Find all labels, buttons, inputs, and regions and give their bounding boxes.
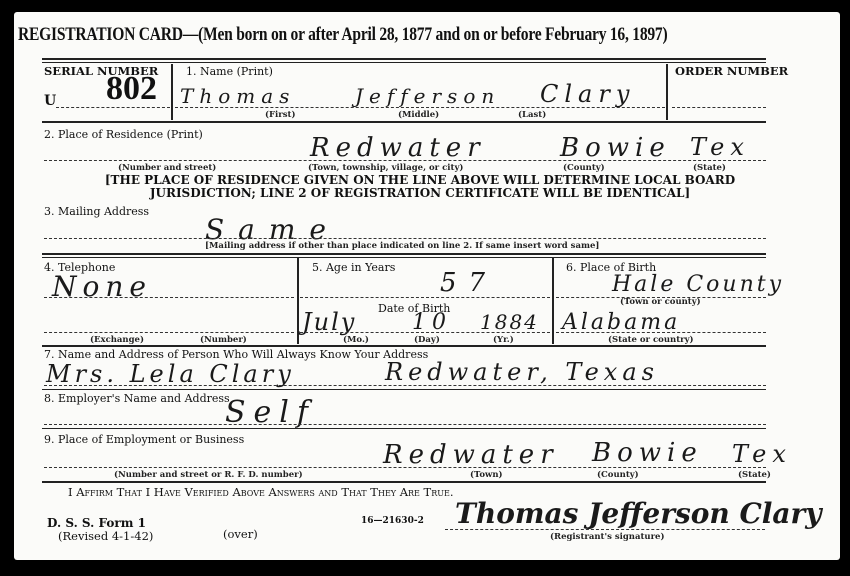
row3-rule-2 — [42, 257, 766, 258]
form-revised: (Revised 4-1-42) — [58, 529, 153, 543]
dob-year: 1884 — [480, 310, 539, 334]
name-line — [175, 107, 665, 108]
employment-place-label: 9. Place of Employment or Business — [44, 433, 244, 446]
contact-line — [44, 385, 766, 386]
caption-year: (Yr.) — [493, 335, 514, 345]
caption-number: (Number) — [200, 335, 247, 345]
caption-exchange: (Exchange) — [90, 335, 144, 345]
signature-caption: (Registrant's signature) — [550, 532, 664, 542]
birthplace-town: Hale County — [612, 272, 784, 297]
employment-state: Tex — [732, 440, 792, 468]
telephone-value: None — [52, 270, 152, 303]
registrant-signature: Thomas Jefferson Clary — [455, 497, 822, 530]
caption-emp-state: (State) — [738, 470, 771, 480]
caption-rfd: (Number and street or R. F. D. number) — [114, 470, 303, 480]
birthplace-line-2 — [556, 332, 766, 333]
caption-day: (Day) — [414, 335, 440, 345]
contact-person-address: Redwater, Texas — [385, 358, 659, 386]
residence-line — [44, 160, 766, 161]
row1-rule — [42, 121, 766, 123]
residence-town: Redwater — [310, 133, 486, 163]
mailing-line — [44, 238, 766, 239]
mailing-caption: [Mailing address if other than place ind… — [205, 241, 599, 251]
employment-county: Bowie — [592, 438, 703, 468]
caption-last: (Last) — [518, 110, 546, 120]
caption-middle: (Middle) — [398, 110, 439, 120]
order-number-field — [672, 107, 766, 108]
affirmation-text: I Affirm That I Have Verified Above Answ… — [68, 485, 453, 499]
print-code: 16—21630-2 — [361, 516, 424, 526]
caption-state: (State) — [693, 163, 726, 173]
row3-rule — [42, 253, 766, 255]
serial-divider — [171, 64, 173, 120]
name-first: Thomas — [180, 84, 295, 108]
telephone-line-2 — [44, 332, 294, 333]
employer-label: 8. Employer's Name and Address — [44, 392, 230, 405]
telephone-line-1 — [44, 297, 294, 298]
order-divider — [666, 64, 668, 120]
caption-emp-county: (County) — [597, 470, 639, 480]
caption-first: (First) — [265, 110, 296, 120]
caption-birth-state: (State or country) — [608, 335, 694, 345]
serial-line — [56, 107, 170, 108]
title-rule — [42, 58, 766, 60]
mailing-address-label: 3. Mailing Address — [44, 205, 149, 218]
caption-town: (Town, township, village, or city) — [308, 163, 463, 173]
residence-state: Tex — [690, 133, 750, 161]
residence-label: 2. Place of Residence (Print) — [44, 128, 203, 141]
serial-prefix: U — [44, 93, 56, 109]
age-divider — [552, 258, 554, 344]
serial-number-value: 802 — [106, 70, 157, 108]
row7-rule — [42, 389, 766, 390]
caption-birth-town: (Town or county) — [620, 297, 701, 307]
contact-person-name: Mrs. Lela Clary — [46, 360, 295, 388]
caption-county: (County) — [563, 163, 605, 173]
row8-rule — [42, 428, 766, 429]
row4-rule — [42, 345, 766, 347]
name-label: 1. Name (Print) — [186, 65, 273, 78]
name-last: Clary — [540, 80, 635, 108]
signature-line — [445, 529, 765, 530]
employer-line — [44, 424, 766, 425]
age-value: 57 — [440, 268, 497, 298]
employment-town: Redwater — [383, 440, 559, 470]
caption-month: (Mo.) — [343, 335, 369, 345]
over-note: (over) — [223, 527, 258, 541]
caption-street: (Number and street) — [118, 163, 216, 173]
age-label: 5. Age in Years — [312, 261, 395, 274]
form-number: D. S. S. Form 1 — [47, 516, 146, 530]
dob-line — [300, 332, 550, 333]
card-title: REGISTRATION CARD—(Men born on or after … — [18, 24, 667, 46]
row9-rule — [42, 481, 766, 483]
title-rule-2 — [42, 62, 766, 63]
employment-line — [44, 467, 766, 468]
order-number-label: ORDER NUMBER — [675, 64, 788, 78]
age-line — [300, 297, 550, 298]
residence-county: Bowie — [560, 133, 671, 163]
name-middle: Jefferson — [355, 84, 500, 108]
tel-divider — [297, 258, 299, 344]
residence-notice: [THE PLACE OF RESIDENCE GIVEN ON THE LIN… — [90, 174, 750, 200]
caption-emp-town: (Town) — [470, 470, 503, 480]
